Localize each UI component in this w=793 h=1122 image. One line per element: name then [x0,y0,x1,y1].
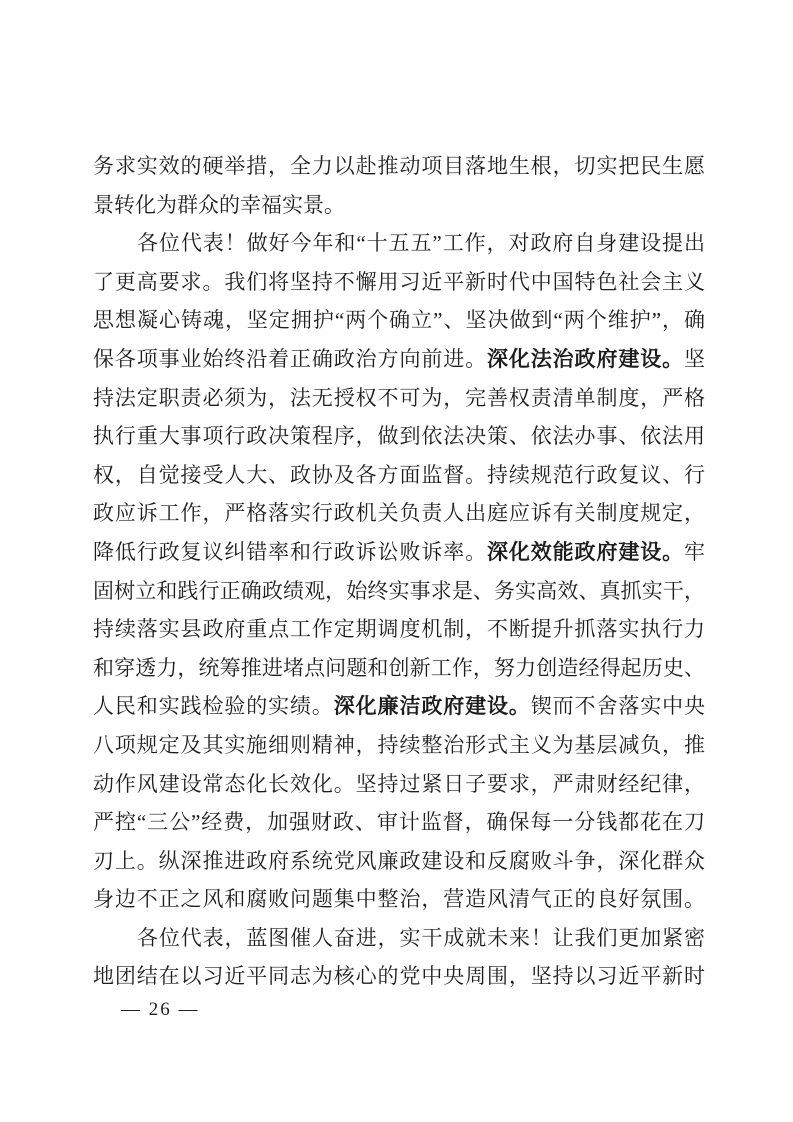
text-run: 持法定职责必须为，法无授权不可为，完善权责清单制度，严格 [93,386,705,410]
text-line: 政应诉工作，严格落实行政机关负责人出庭应诉有关制度规定， [93,494,705,533]
text-line: 固树立和践行正确政绩观，始终实事求是、务实高效、真抓实干， [93,572,705,611]
text-run: 权，自觉接受人大、政协及各方面监督。持续规范行政复议、行 [93,463,705,487]
text-run: 刃上。纵深推进政府系统党风廉政建设和反腐败斗争，深化群众 [93,849,705,873]
page-number: — 26 — [121,999,200,1021]
text-line: 各位代表！做好今年和“十五五”工作，对政府自身建设提出 [93,224,705,263]
text-run: 固树立和践行正确政绩观，始终实事求是、务实高效、真抓实干， [93,579,705,603]
bold-section-heading: 深化效能政府建设。 [487,541,684,564]
text-run: 和穿透力，统筹推进堵点问题和创新工作，努力创造经得起历史、 [93,656,705,680]
text-line: 务求实效的硬举措，全力以赴推动项目落地生根，切实把民生愿 [93,147,705,186]
text-line: 持法定职责必须为，法无授权不可为，完善权责清单制度，严格 [93,379,705,418]
text-run: 了更高要求。我们将坚持不懈用习近平新时代中国特色社会主义 [93,270,705,294]
text-run: 保各项事业始终沿着正确政治方向前进。 [93,347,487,371]
text-run: 政应诉工作，严格落实行政机关负责人出庭应诉有关制度规定， [93,501,705,525]
text-line: 地团结在以习近平同志为核心的党中央周围，坚持以习近平新时 [93,957,705,996]
text-run: 执行重大事项行政决策程序，做到依法决策、依法办事、依法用 [93,424,705,448]
text-run: 身边不正之风和腐败问题集中整治，营造风清气正的良好氛围。 [93,887,705,911]
text-line: 八项规定及其实施细则精神，持续整治形式主义为基层减负，推 [93,726,705,765]
text-run: 务求实效的硬举措，全力以赴推动项目落地生根，切实把民生愿 [93,154,705,178]
text-line: 动作风建设常态化长效化。坚持过紧日子要求，严肃财经纪律， [93,765,705,804]
text-run: 锲而不舍落实中央 [531,694,705,718]
document-page: 务求实效的硬举措，全力以赴推动项目落地生根，切实把民生愿景转化为群众的幸福实景。… [0,0,793,1122]
text-line: 刃上。纵深推进政府系统党风廉政建设和反腐败斗争，深化群众 [93,842,705,881]
text-run: 持续落实县政府重点工作定期调度机制，不断提升抓落实执行力 [93,617,705,641]
text-line: 严控“三公”经费，加强财政、审计监督，确保每一分钱都花在刀 [93,803,705,842]
text-run: 景转化为群众的幸福实景。 [93,193,345,217]
bold-section-heading: 深化廉洁政府建设。 [334,695,531,718]
text-line: 身边不正之风和腐败问题集中整治，营造风清气正的良好氛围。 [93,880,705,919]
document-body: 务求实效的硬举措，全力以赴推动项目落地生根，切实把民生愿景转化为群众的幸福实景。… [93,147,705,996]
text-run: 动作风建设常态化长效化。坚持过紧日子要求，严肃财经纪律， [93,772,705,796]
text-line: 了更高要求。我们将坚持不懈用习近平新时代中国特色社会主义 [93,263,705,302]
text-line: 降低行政复议纠错率和行政诉讼败诉率。深化效能政府建设。牢 [93,533,705,572]
text-run: 思想凝心铸魂，坚定拥护“两个确立”、坚决做到“两个维护”，确 [93,308,705,332]
text-line: 持续落实县政府重点工作定期调度机制，不断提升抓落实执行力 [93,610,705,649]
text-run: 人民和实践检验的实绩。 [93,694,334,718]
text-line: 权，自觉接受人大、政协及各方面监督。持续规范行政复议、行 [93,456,705,495]
text-run: 地团结在以习近平同志为核心的党中央周围，坚持以习近平新时 [93,964,705,988]
text-run: 各位代表，蓝图催人奋进，实干成就未来！让我们更加紧密 [137,926,705,950]
text-run: 八项规定及其实施细则精神，持续整治形式主义为基层减负，推 [93,733,705,757]
text-run: 降低行政复议纠错率和行政诉讼败诉率。 [93,540,487,564]
text-line: 各位代表，蓝图催人奋进，实干成就未来！让我们更加紧密 [93,919,705,958]
text-run: 严控“三公”经费，加强财政、审计监督，确保每一分钱都花在刀 [93,810,705,834]
bold-section-heading: 深化法治政府建设。 [487,348,684,371]
text-line: 人民和实践检验的实绩。深化廉洁政府建设。锲而不舍落实中央 [93,687,705,726]
text-line: 执行重大事项行政决策程序，做到依法决策、依法办事、依法用 [93,417,705,456]
text-run: 牢 [684,540,705,564]
text-line: 景转化为群众的幸福实景。 [93,186,705,225]
text-line: 和穿透力，统筹推进堵点问题和创新工作，努力创造经得起历史、 [93,649,705,688]
text-run: 各位代表！做好今年和“十五五”工作，对政府自身建设提出 [137,231,705,255]
text-line: 思想凝心铸魂，坚定拥护“两个确立”、坚决做到“两个维护”，确 [93,301,705,340]
text-run: 坚 [684,347,705,371]
text-line: 保各项事业始终沿着正确政治方向前进。深化法治政府建设。坚 [93,340,705,379]
